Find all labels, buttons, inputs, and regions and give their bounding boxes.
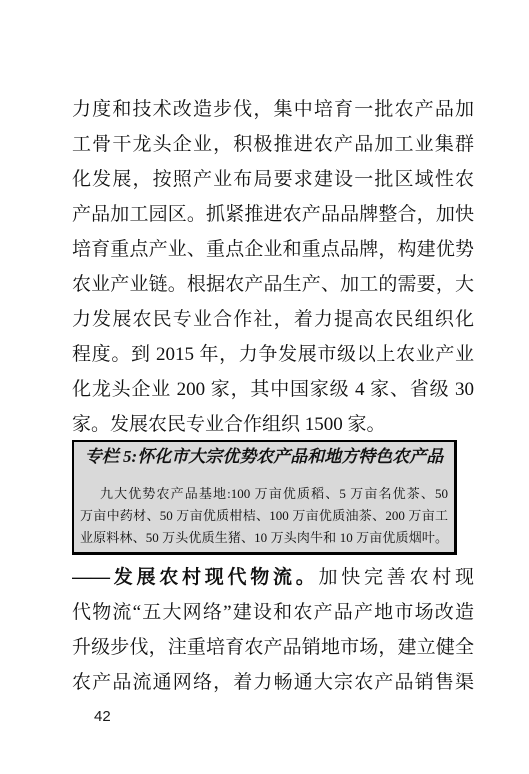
body-text-line: 工骨干龙头企业，积极推进农产品加工业集群 (72, 127, 474, 162)
paragraph-rural-logistics: ——发展农村现代物流。加快完善农村现 代物流“五大网络”建设和农产品产地市场改造… (72, 560, 474, 700)
document-page: 力度和技术改造步伐，集中培育一批农产品加 工骨干龙头企业，积极推进农产品加工业集… (0, 0, 529, 774)
callout-text-line: 万亩中药材、50 万亩优质柑桔、100 万亩优质油茶、200 万亩工 (80, 505, 448, 527)
callout-text-line: 九大优势农产品基地:100 万亩优质稻、5 万亩名优茶、50 (80, 483, 448, 505)
callout-title: 专栏 5:怀化市大宗优势农产品和地方特色农产品 (74, 445, 454, 469)
body-text-line: 产品加工园区。抓紧推进农产品品牌整合，加快 (72, 197, 474, 232)
body-text-line: 农业产业链。根据农产品生产、加工的需要，大 (72, 267, 474, 302)
body-text-line: 力发展农民专业合作社，着力提高农民组织化 (72, 302, 474, 337)
callout-text-line: 业原料林、50 万头优质生猪、10 万头肉牛和 10 万亩优质烟叶。 (80, 527, 448, 549)
para2-lead-rest: 加快完善农村现 (318, 567, 474, 588)
paragraph-agri-industrialization: 力度和技术改造步伐，集中培育一批农产品加 工骨干龙头企业，积极推进农产品加工业集… (72, 92, 474, 442)
page-number: 42 (94, 708, 111, 725)
body-text-line: ——发展农村现代物流。加快完善农村现 (72, 560, 474, 595)
body-text-line: 化发展，按照产业布局要求建设一批区域性农 (72, 162, 474, 197)
body-text-line: 程度。到 2015 年，力争发展市级以上农业产业 (72, 337, 474, 372)
body-text-line: 力度和技术改造步伐，集中培育一批农产品加 (72, 92, 474, 127)
body-text-line: 培育重点产业、重点企业和重点品牌，构建优势 (72, 232, 474, 267)
para2-lead-bold: ——发展农村现代物流。 (72, 567, 318, 588)
body-text-line: 农产品流通网络，着力畅通大宗农产品销售渠 (72, 665, 474, 700)
callout-body: 九大优势农产品基地:100 万亩优质稻、5 万亩名优茶、50 万亩中药材、50 … (80, 483, 448, 549)
body-text-line: 代物流“五大网络”建设和农产品产地市场改造 (72, 595, 474, 630)
body-text-line: 化龙头企业 200 家，其中国家级 4 家、省级 30 (72, 372, 474, 407)
body-text-line: 家。发展农民专业合作组织 1500 家。 (72, 407, 474, 442)
body-text-line: 升级步伐，注重培育农产品销地市场，建立健全 (72, 630, 474, 665)
callout-box-column-5: 专栏 5:怀化市大宗优势农产品和地方特色农产品 九大优势农产品基地:100 万亩… (72, 440, 457, 555)
